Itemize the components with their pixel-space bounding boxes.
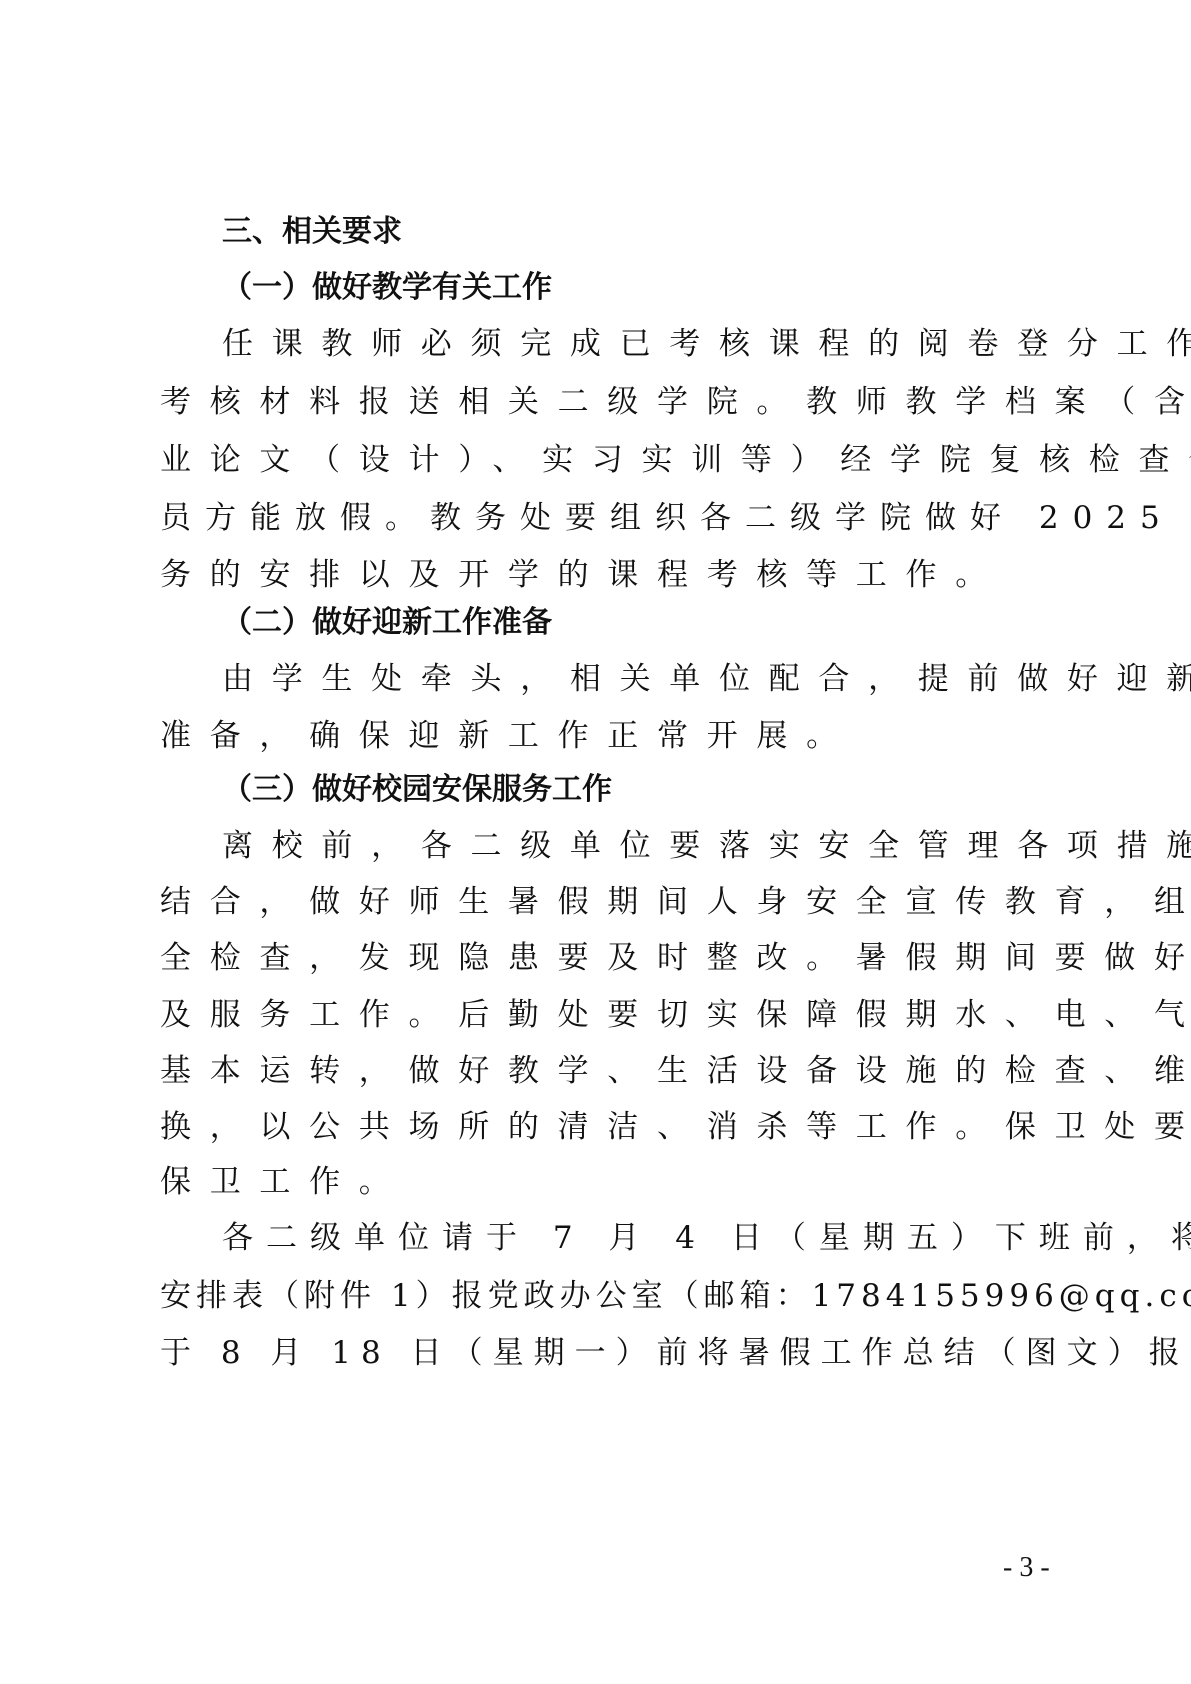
section-heading: 三、相关要求: [222, 212, 402, 252]
paragraph-line: 全检查，发现隐患要及时整改。暑假期间要做好留校生的安全: [160, 938, 1191, 978]
paragraph-line: 保卫工作。: [160, 1162, 409, 1202]
paragraph-line: 准备，确保迎新工作正常开展。: [160, 716, 856, 756]
subsection-heading-1: （一）做好教学有关工作: [222, 268, 552, 308]
paragraph-line: 安排表（附件 1）报党政办公室（邮箱：1784155996@qq.com）;: [160, 1276, 1191, 1316]
paragraph-line: 务的安排以及开学的课程考核等工作。: [160, 555, 1005, 595]
paragraph-line: 离校前，各二级单位要落实安全管理各项措施，线上线下: [222, 826, 1191, 866]
paragraph-line: 及服务工作。后勤处要切实保障假期水、电、气供应及学校的: [160, 995, 1191, 1035]
paragraph-line: 任课教师必须完成已考核课程的阅卷登分工作，并将相应: [222, 324, 1191, 364]
paragraph-line: 由学生处牵头，相关单位配合，提前做好迎新相关工作的: [222, 659, 1191, 699]
paragraph-line: 于 8 月 18 日（星期一）前将暑假工作总结（图文）报送党政办: [160, 1333, 1191, 1373]
page-number: - 3 -: [1003, 1552, 1050, 1584]
paragraph-line: 员方能放假。教务处要组织各二级学院做好 2025 年秋季教学任: [160, 498, 1191, 538]
subsection-heading-2: （二）做好迎新工作准备: [222, 603, 552, 643]
paragraph-line: 考核材料报送相关二级学院。教师教学档案（含课程教学、毕: [160, 382, 1191, 422]
paragraph-line: 业论文（设计）、实习实训等）经学院复核检查合格后相关人: [160, 440, 1191, 480]
paragraph-line: 基本运转，做好教学、生活设备设施的检查、维修、保养、更: [160, 1051, 1191, 1091]
paragraph-line: 换，以公共场所的清洁、消杀等工作。保卫处要做好校园安全: [160, 1107, 1191, 1147]
paragraph-line: 结合，做好师生暑假期间人身安全宣传教育，组织开展一次安: [160, 882, 1191, 922]
subsection-heading-3: （三）做好校园安保服务工作: [222, 770, 612, 810]
paragraph-line: 各二级单位请于 7 月 4 日（星期五）下班前，将值班人员: [222, 1218, 1191, 1258]
